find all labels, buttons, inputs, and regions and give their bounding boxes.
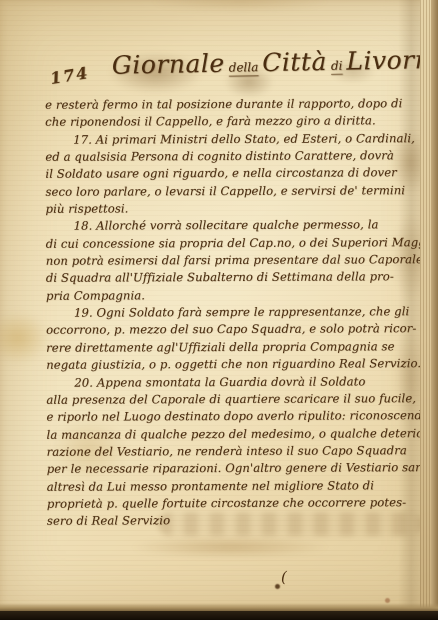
- manuscript-line: e resterà fermo in tal posizione durante…: [45, 95, 415, 114]
- manuscript-line: ed a qualsisia Persona di cognito distin…: [45, 147, 415, 166]
- page-crease-shadow: [398, 0, 422, 611]
- stain-left-margin: [0, 312, 50, 364]
- title-word: Città: [262, 47, 327, 77]
- ink-speck-mark: (: [281, 568, 293, 586]
- manuscript-line: più rispettosi.: [46, 199, 416, 218]
- manuscript-page: ( 174 GiornaledellaCittàdiLivorno e rest…: [0, 0, 438, 611]
- manuscript-line: occorrono, p. mezzo del suo Capo Squadra…: [46, 321, 416, 340]
- manuscript-title: GiornaledellaCittàdiLivorno: [112, 45, 423, 96]
- book-fore-edge-outer: [431, 0, 438, 611]
- manuscript-line: che riponendosi il Cappello, e farà mezz…: [45, 113, 415, 132]
- manuscript-line: di Squadra all'Uffiziale Subalterno di S…: [46, 269, 416, 288]
- manuscript-line: proprietà p. quelle fortuite circostanze…: [47, 494, 417, 513]
- manuscript-line: non potrà esimersi dal farsi prima prese…: [46, 251, 416, 270]
- manuscript-line: di cui concessione sia propria del Cap.n…: [46, 234, 416, 253]
- manuscript-line: 18. Allorché vorrà sollecitare qualche p…: [46, 217, 416, 236]
- manuscript-line: altresì da Lui messo prontamente nel mig…: [47, 477, 417, 496]
- manuscript-line: il Soldato usare ogni riguardo, e nella …: [45, 165, 415, 184]
- manuscript-line: 20. Appena smontata la Guardia dovrà il …: [46, 373, 416, 392]
- manuscript-line: alla presenza del Caporale di quartiere …: [46, 390, 416, 409]
- manuscript-line: e riporlo nel Luogo destinato dopo averl…: [46, 407, 416, 426]
- manuscript-line: razione del Vestiario, ne renderà inteso…: [47, 442, 417, 461]
- page-number: 174: [49, 63, 91, 88]
- manuscript-line: 17. Ai primari Ministri dello Stato, ed …: [45, 130, 415, 149]
- photo-backdrop: [0, 611, 438, 620]
- stain-top-edge: [150, 0, 330, 12]
- manuscript-line: seco loro parlare, o levarsi il Cappello…: [45, 182, 415, 201]
- manuscript-line: 19. Ogni Soldato farà sempre le rapprese…: [46, 303, 416, 322]
- title-word: Giornale: [112, 49, 225, 80]
- title-word: di: [330, 59, 344, 73]
- stain-bottom-wisp: [130, 536, 330, 558]
- title-word: della: [228, 60, 260, 75]
- manuscript-line: rere direttamente agl'Uffiziali della pr…: [46, 338, 416, 357]
- manuscript-photo: ( 174 GiornaledellaCittàdiLivorno e rest…: [0, 0, 438, 620]
- manuscript-line: sero di Real Servizio: [47, 511, 417, 530]
- manuscript-line: per le necessarie riparazioni. Ogn'altro…: [47, 459, 417, 478]
- manuscript-line: la mancanza di qualche pezzo del medesim…: [46, 425, 416, 444]
- manuscript-line: negata giustizia, o p. oggetti che non r…: [46, 355, 416, 374]
- manuscript-lines: e resterà fermo in tal posizione durante…: [45, 95, 417, 530]
- manuscript-line: pria Compagnia.: [46, 286, 416, 305]
- ink-speck-dot: [275, 584, 280, 589]
